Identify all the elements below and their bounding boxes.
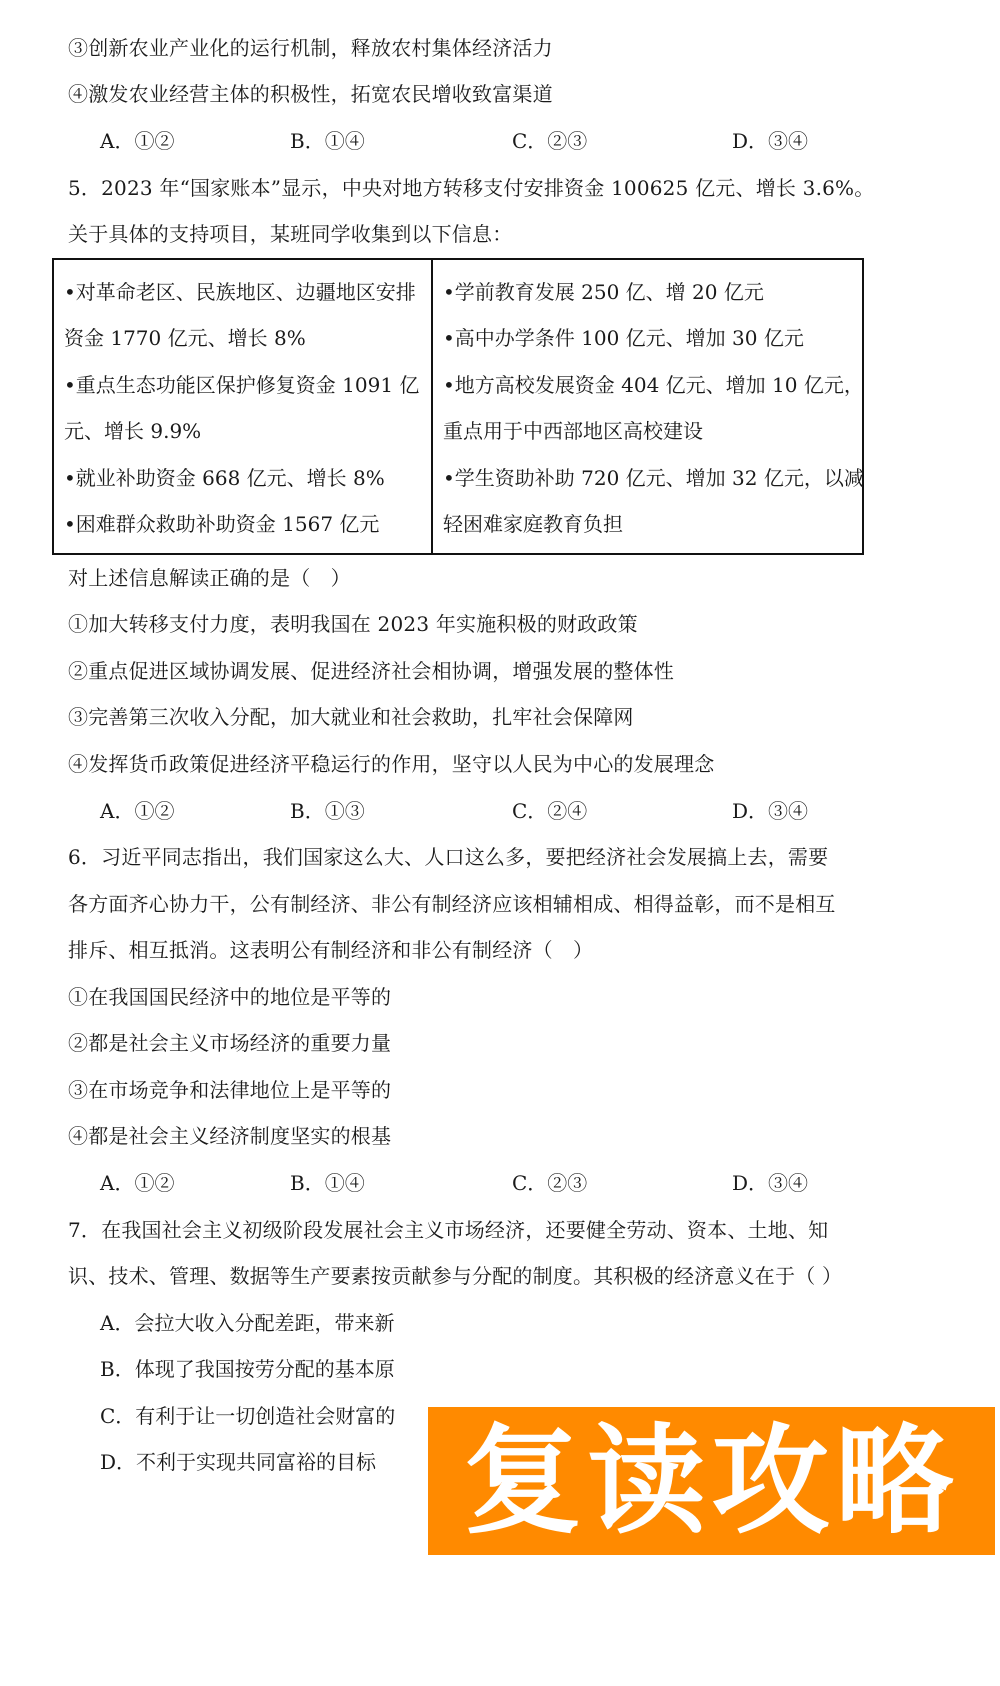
q5-table-right-line-1: •学前教育发展 250 亿、增 20 亿元 bbox=[443, 278, 764, 306]
q4-statement-4: ④激发农业经营主体的积极性，拓宽农民增收致富渠道 bbox=[68, 80, 553, 108]
q5-statement-2: ②重点促进区域协调发展、促进经济社会相协调，增强发展的整体性 bbox=[68, 657, 674, 685]
q6-statement-2: ②都是社会主义市场经济的重要力量 bbox=[68, 1029, 391, 1057]
q6-stem-line-2: 各方面齐心协力干，公有制经济、非公有制经济应该相辅相成、相得益彰，而不是相互 bbox=[68, 890, 836, 918]
q6-option-c: C．②③ bbox=[512, 1169, 587, 1197]
q7-option-a: A．会拉大收入分配差距，带来新 bbox=[100, 1309, 394, 1337]
q5-table-right-line-4: 重点用于中西部地区高校建设 bbox=[443, 417, 703, 445]
exam-page: ③创新农业产业化的运行机制，释放农村集体经济活力 ④激发农业经营主体的积极性，拓… bbox=[0, 0, 1000, 1686]
q5-table-left-column: •对革命老区、民族地区、边疆地区安排 资金 1770 亿元、增长 8% •重点生… bbox=[54, 260, 433, 553]
q5-table-left-line-5: •就业补助资金 668 亿元、增长 8% bbox=[64, 464, 385, 492]
q5-statement-4: ④发挥货币政策促进经济平稳运行的作用，坚守以人民为中心的发展理念 bbox=[68, 750, 714, 778]
q6-statement-3: ③在市场竞争和法律地位上是平等的 bbox=[68, 1076, 391, 1104]
q5-table-left-line-1: •对革命老区、民族地区、边疆地区安排 bbox=[64, 278, 416, 306]
q5-option-c: C．②④ bbox=[512, 797, 587, 825]
q5-option-d: D．③④ bbox=[732, 797, 808, 825]
q5-table-right-line-2: •高中办学条件 100 亿元、增加 30 亿元 bbox=[443, 324, 804, 352]
q7-stem-line-1: 7．在我国社会主义初级阶段发展社会主义市场经济，还要健全劳动、资本、土地、知 bbox=[68, 1216, 828, 1244]
q6-options: A．①② B．①④ C．②③ D．③④ bbox=[100, 1169, 920, 1197]
q7-option-c: C．有利于让一切创造社会财富的 bbox=[100, 1402, 395, 1430]
q5-info-table: •对革命老区、民族地区、边疆地区安排 资金 1770 亿元、增长 8% •重点生… bbox=[52, 258, 864, 555]
q5-table-left-line-3: •重点生态功能区保护修复资金 1091 亿 bbox=[64, 371, 419, 399]
q6-option-b: B．①④ bbox=[290, 1169, 365, 1197]
q5-option-a: A．①② bbox=[100, 797, 174, 825]
q4-option-d: D．③④ bbox=[732, 127, 808, 155]
q6-stem-line-1: 6．习近平同志指出，我们国家这么大、人口这么多，要把经济社会发展搞上去，需要 bbox=[68, 843, 828, 871]
q4-option-c: C．②③ bbox=[512, 127, 587, 155]
q4-option-a: A．①② bbox=[100, 127, 174, 155]
q5-table-right-line-6: 轻困难家庭教育负担 bbox=[443, 510, 623, 538]
q5-options: A．①② B．①③ C．②④ D．③④ bbox=[100, 797, 920, 825]
q7-option-d: D．不利于实现共同富裕的目标 bbox=[100, 1448, 376, 1476]
q6-stem-line-3: 排斥、相互抵消。这表明公有制经济和非公有制经济（ ） bbox=[68, 936, 593, 964]
q4-statement-3: ③创新农业产业化的运行机制，释放农村集体经济活力 bbox=[68, 34, 553, 62]
q5-statement-3: ③完善第三次收入分配，加大就业和社会救助，扎牢社会保障网 bbox=[68, 703, 634, 731]
q5-table-right-column: •学前教育发展 250 亿、增 20 亿元 •高中办学条件 100 亿元、增加 … bbox=[433, 260, 862, 553]
q4-options: A．①② B．①④ C．②③ D．③④ bbox=[100, 127, 920, 155]
q5-table-left-line-6: •困难群众救助补助资金 1567 亿元 bbox=[64, 510, 379, 538]
watermark-banner: 复读攻略 bbox=[428, 1407, 995, 1555]
q7-option-b: B．体现了我国按劳分配的基本原 bbox=[100, 1355, 395, 1383]
q5-option-b: B．①③ bbox=[290, 797, 365, 825]
q4-option-b: B．①④ bbox=[290, 127, 365, 155]
q6-statement-1: ①在我国国民经济中的地位是平等的 bbox=[68, 983, 391, 1011]
q6-option-d: D．③④ bbox=[732, 1169, 808, 1197]
q6-statement-4: ④都是社会主义经济制度坚实的根基 bbox=[68, 1122, 391, 1150]
q7-stem-line-2: 识、技术、管理、数据等生产要素按贡献参与分配的制度。其积极的经济意义在于（ ） bbox=[68, 1262, 842, 1290]
q5-table-left-line-2: 资金 1770 亿元、增长 8% bbox=[64, 324, 306, 352]
q6-option-a: A．①② bbox=[100, 1169, 174, 1197]
q5-table-right-line-3: •地方高校发展资金 404 亿元、增加 10 亿元， bbox=[443, 371, 864, 399]
q5-statement-1: ①加大转移支付力度，表明我国在 2023 年实施积极的财政政策 bbox=[68, 610, 638, 638]
q5-question: 对上述信息解读正确的是（ ） bbox=[68, 564, 351, 592]
q5-table-right-line-5: •学生资助补助 720 亿元、增加 32 亿元，以减 bbox=[443, 464, 864, 492]
q5-table-left-line-4: 元、增长 9.9% bbox=[64, 417, 201, 445]
q5-stem-line-2: 关于具体的支持项目，某班同学收集到以下信息： bbox=[68, 220, 512, 248]
q5-stem-line-1: 5．2023 年“国家账本”显示，中央对地方转移支付安排资金 100625 亿元… bbox=[68, 174, 874, 202]
